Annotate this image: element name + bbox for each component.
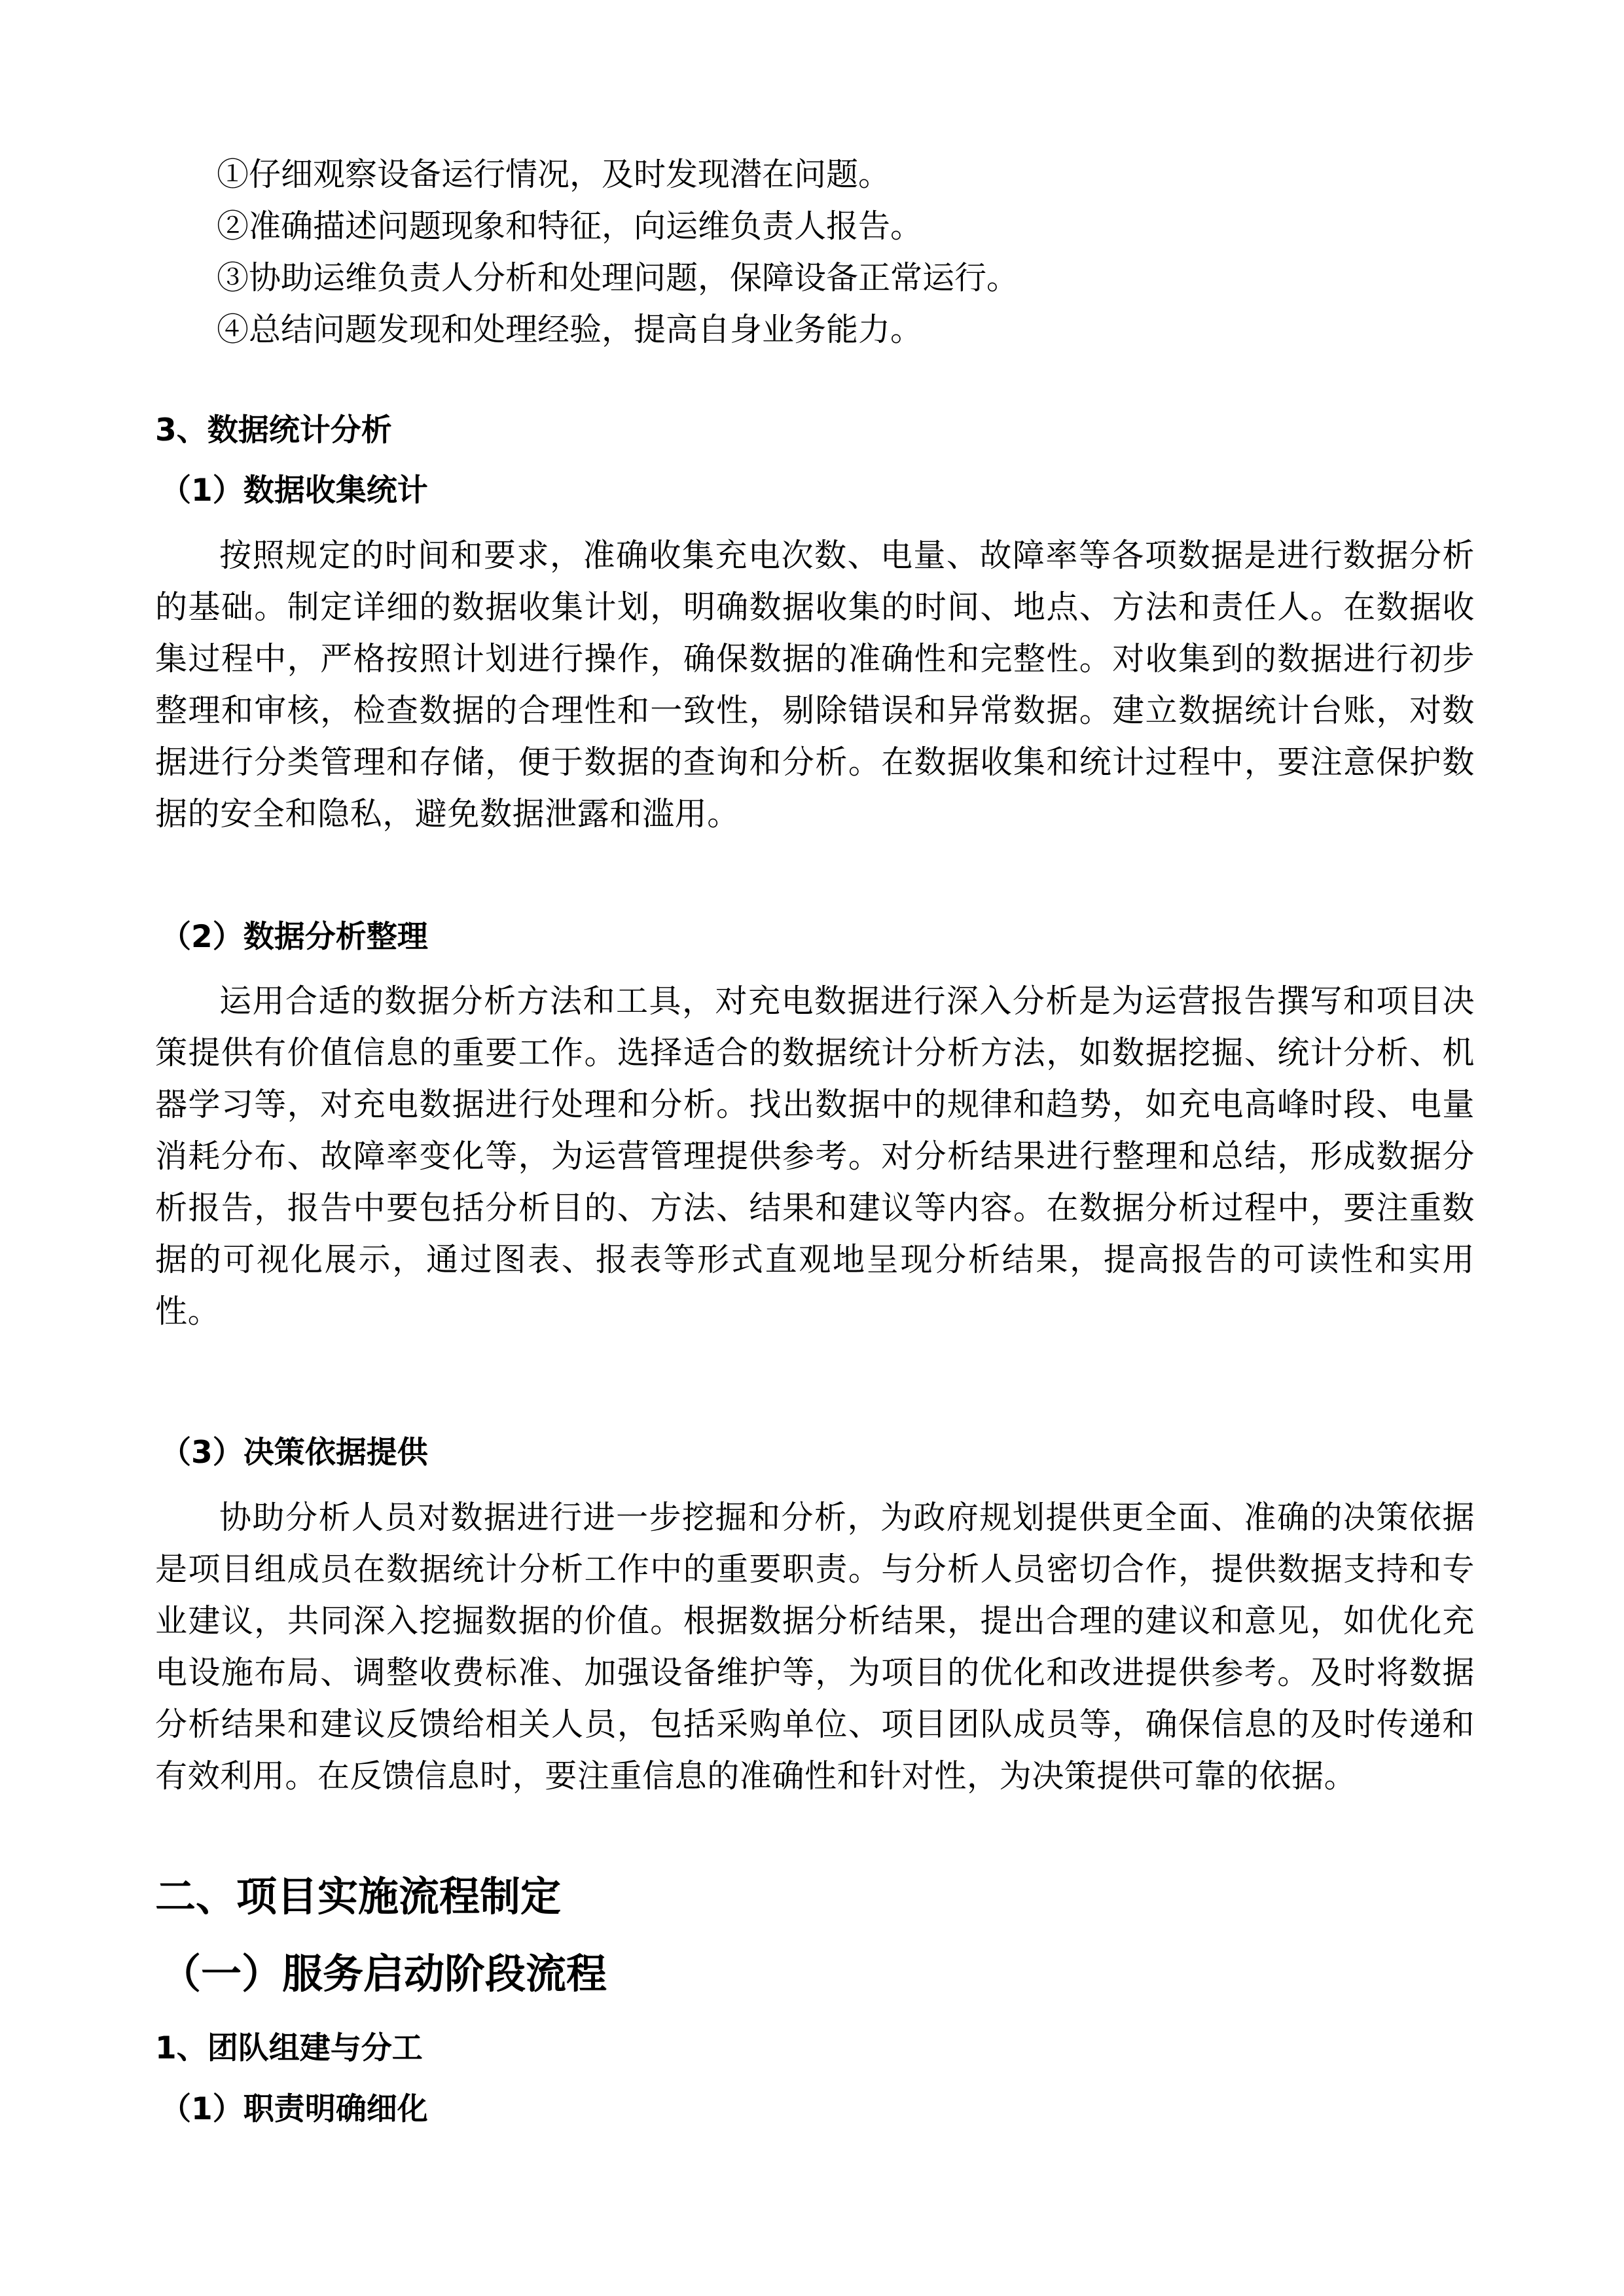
section-heading: （一）服务启动阶段流程 (160, 1949, 607, 1999)
section-heading: 3、数据统计分析 (155, 411, 392, 450)
subsection-heading: 1、团队组建与分工 (155, 2029, 423, 2068)
subsection-heading: （3）决策依据提供 (160, 1433, 428, 1473)
list-item: ①仔细观察设备运行情况，及时发现潜在问题。 (217, 155, 890, 194)
list-item: ②准确描述问题现象和特征，向运维负责人报告。 (217, 207, 922, 246)
subsection-heading: （2）数据分析整理 (160, 918, 428, 957)
paragraph: 按照规定的时间和要求，准确收集充电次数、电量、故障率等各项数据是进行数据分析的基… (155, 529, 1475, 840)
list-item: ④总结问题发现和处理经验，提高自身业务能力。 (217, 310, 922, 350)
item-heading: （1）职责明确细化 (160, 2090, 428, 2129)
list-item: ③协助运维负责人分析和处理问题，保障设备正常运行。 (217, 259, 1019, 298)
paragraph: 运用合适的数据分析方法和工具，对充电数据进行深入分析是为运营报告撰写和项目决策提… (155, 975, 1475, 1337)
subsection-heading: （1）数据收集统计 (160, 471, 428, 511)
chapter-heading: 二、项目实施流程制定 (155, 1872, 561, 1922)
paragraph: 协助分析人员对数据进行进一步挖掘和分析，为政府规划提供更全面、准确的决策依据是项… (155, 1492, 1475, 1802)
